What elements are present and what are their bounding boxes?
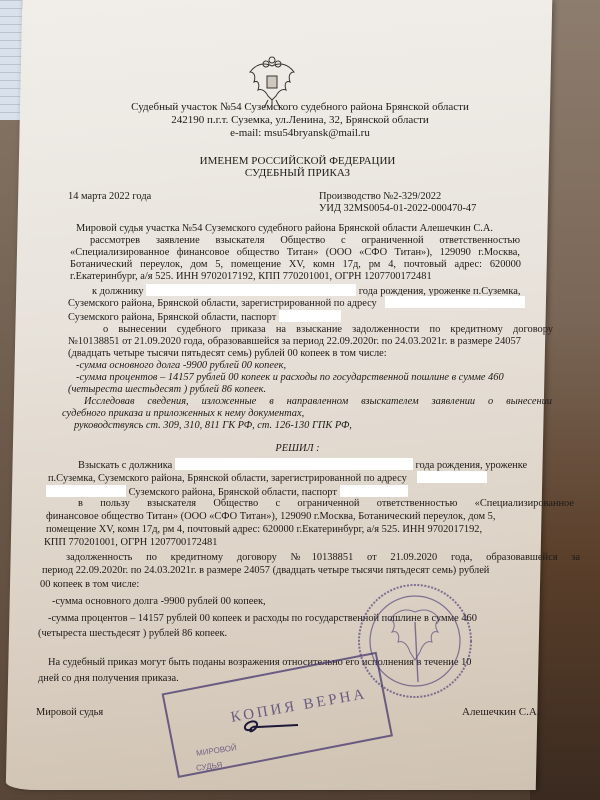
debtor-birth: года рождения, уроженке [416, 460, 528, 471]
body-line: -сумма процентов – 14157 рублей 00 копее… [76, 372, 504, 384]
redacted-address [417, 471, 487, 483]
collect-label: Взыскать с должника [78, 460, 172, 471]
decision-line: Взыскать с должника года рождения, уроже… [78, 458, 527, 472]
case-uid: УИД 32MS0054-01-2022-000470-47 [319, 203, 476, 215]
decision-line: дней со дня получения приказа. [38, 673, 179, 685]
decision-line: период 22.09.2020г. по 24.03.2021г. в ра… [42, 565, 489, 577]
passport-label: Суземского района, Брянской области, пас… [129, 487, 337, 498]
body-line: судебного приказа и приложенных к нему д… [62, 408, 304, 420]
body-line: Исследовав сведения, изложенные в направ… [84, 396, 552, 408]
redacted-passport [279, 310, 341, 322]
decision-line: п.Суземка, Суземского района, Брянской о… [48, 471, 487, 485]
signature-role: Мировой судья [36, 707, 103, 719]
redacted-passport [340, 485, 408, 497]
signature-name: Алешечкин С.А. [462, 706, 540, 718]
court-name: Судебный участок №54 Суземского судебног… [0, 101, 600, 113]
address-label: п.Суземка, Суземского района, Брянской о… [48, 473, 407, 484]
body-line: руководствуясь ст. 309, 310, 811 ГК РФ, … [74, 420, 352, 432]
order-date: 14 марта 2022 года [68, 191, 151, 203]
redacted-address [385, 296, 525, 308]
body-line: г.Екатеринбург, а/я 525. ИНН 9702017192,… [70, 271, 432, 283]
decision-line: задолженность по кредитному договору №10… [66, 552, 580, 564]
redacted-address-cont [46, 485, 126, 497]
decision-line: помещение XV, комн 17д, рм 4, почтовый а… [46, 524, 482, 536]
decision-line: (четыреста шестьдесят ) рублей 86 копеек… [38, 628, 227, 640]
body-line: -сумма основного долга -9900 рублей 00 к… [76, 360, 286, 372]
title-order: СУДЕБНЫЙ ПРИКАЗ [0, 167, 595, 179]
body-line: Суземского района, Брянской области, пас… [68, 310, 341, 324]
body-line: №10138851 от 21.09.2020 года, образовавш… [68, 336, 521, 348]
body-line: Суземского района, Брянской области, зар… [68, 296, 525, 310]
decision-line: 00 копеек в том числе: [40, 579, 139, 591]
redacted-debtor-name [146, 284, 356, 296]
decision-line: финансовое общество Титан» (ООО «СФО Тит… [46, 511, 495, 523]
body-line: (двадцать четыре тысячи пятьдесят семь) … [68, 348, 387, 360]
court-email: e-mail: msu54bryansk@mail.ru [0, 127, 600, 139]
decision-heading: РЕШИЛ : [0, 443, 595, 455]
body-line: «Специализированное финансовое общество … [70, 247, 520, 259]
address-label: Суземского района, Брянской области, зар… [68, 298, 377, 309]
document-content: Судебный участок №54 Суземского судебног… [0, 0, 600, 800]
title-federation: ИМЕНЕМ РОССИЙСКОЙ ФЕДЕРАЦИИ [0, 155, 595, 167]
signature-scribble-icon [238, 713, 308, 743]
body-line: Ботанический переулок, дом 5, помещение … [70, 259, 521, 271]
decision-line: в пользу взыскателя Общество с ограничен… [78, 498, 574, 510]
decision-line: КПП 770201001, ОГРН 1207700172481 [44, 537, 217, 549]
decision-line: Суземского района, Брянской области, пас… [46, 485, 408, 499]
body-line: (четыреста шестьдесят ) рублей 86 копеек… [68, 384, 266, 396]
court-address: 242190 п.г.т. Суземка, ул.Ленина, 32, Бр… [0, 114, 600, 126]
case-number: Производство №2-329/2022 [319, 191, 441, 203]
redacted-debtor-name [175, 458, 413, 470]
body-line: Мировой судья участка №54 Суземского суд… [76, 223, 493, 235]
decision-line: -сумма основного долга -9900 рублей 00 к… [52, 596, 266, 608]
passport-label: Суземского района, Брянской области, пас… [68, 312, 276, 323]
body-line: о вынесении судебного приказа на взыскан… [103, 324, 553, 336]
body-line: рассмотрев заявление взыскателя Общество… [90, 235, 520, 247]
